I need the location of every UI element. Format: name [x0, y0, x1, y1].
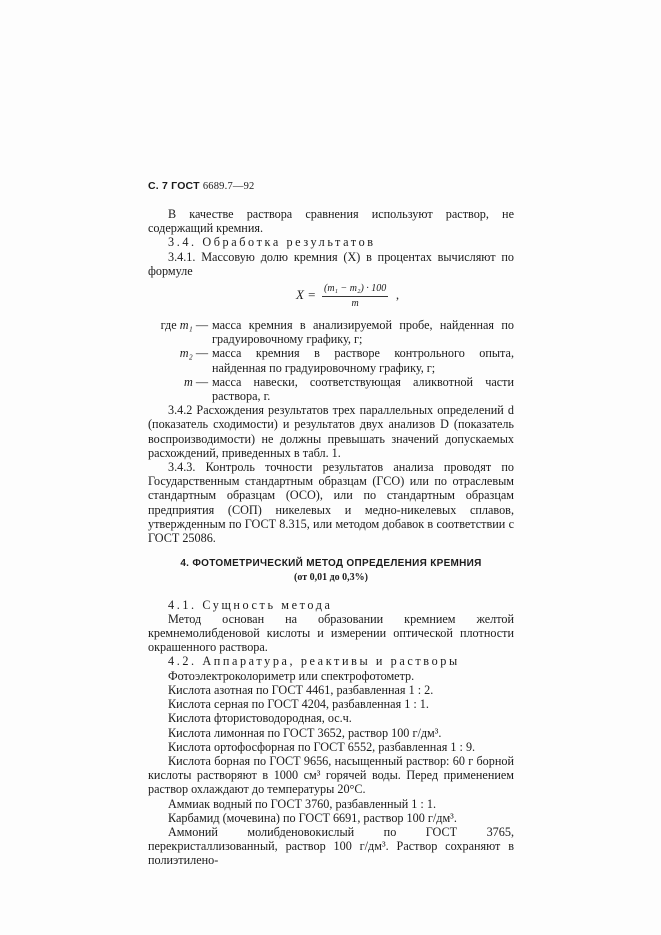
definition-symbol: m₂ [180, 346, 193, 360]
paragraph-3-4-3: 3.4.3. Контроль точности результатов ана… [148, 460, 514, 545]
definition-dash: — [196, 375, 208, 389]
definition-item: m₂ — масса кремния в растворе контрольно… [148, 346, 514, 374]
reagent-item: Кислота ортофосфорная по ГОСТ 6552, разб… [148, 740, 514, 754]
definition-symbol: m₁ [180, 318, 193, 332]
paragraph-3-4-2: 3.4.2 Расхождения результатов трех парал… [148, 403, 514, 460]
definition-text: масса навески, соответствующая аликвотно… [212, 375, 514, 403]
definition-dash: — [196, 318, 208, 332]
page-label: С. 7 ГОСТ [148, 180, 200, 192]
definition-dash: — [196, 346, 208, 360]
reagent-item: Кислота лимонная по ГОСТ 3652, раствор 1… [148, 726, 514, 740]
page-header: С. 7 ГОСТ 6689.7—92 [148, 180, 255, 192]
section-4-1-text: Метод основан на образовании кремнием же… [148, 612, 514, 655]
doc-number: 6689.7—92 [203, 181, 255, 192]
formula-lhs: X = [296, 288, 316, 302]
reagent-item: Кислота серная по ГОСТ 4204, разбавленна… [148, 697, 514, 711]
section-4-1-title: 4.1. Сущность метода [148, 598, 514, 612]
section-4-2-title: 4.2. Аппаратура, реактивы и растворы [148, 654, 514, 668]
reagent-item: Аммоний молибденовокислый по ГОСТ 3765, … [148, 825, 514, 868]
definition-symbol: m [184, 375, 193, 389]
definition-item: где m₁ — масса кремния в анализируемой п… [148, 318, 514, 346]
definition-text: масса кремния в анализируемой пробе, най… [212, 318, 514, 346]
definition-item: m — масса навески, соответствующая аликв… [148, 375, 514, 403]
formula-fraction: (m₁ − m₂) · 100 m [322, 282, 388, 311]
section-4-title: 4. ФОТОМЕТРИЧЕСКИЙ МЕТОД ОПРЕДЕЛЕНИЯ КРЕ… [148, 557, 514, 571]
section-4-subtitle: (от 0,01 до 0,3%) [148, 571, 514, 585]
paragraph-3-4-1: 3.4.1. Массовую долю кремния (X) в проце… [148, 250, 514, 278]
reagent-item: Аммиак водный по ГОСТ 3760, разбавленный… [148, 797, 514, 811]
comparison-solution-paragraph: В качестве раствора сравнения используют… [148, 207, 514, 235]
formula-trailing: , [396, 288, 399, 302]
reagent-item: Кислота борная по ГОСТ 9656, насыщенный … [148, 754, 514, 797]
formula-definitions: где m₁ — масса кремния в анализируемой п… [148, 318, 514, 403]
page-body: В качестве раствора сравнения используют… [148, 207, 514, 868]
formula-numerator: (m₁ − m₂) · 100 [322, 282, 388, 297]
formula-denominator: m [322, 297, 388, 311]
reagent-item: Карбамид (мочевина) по ГОСТ 6691, раство… [148, 811, 514, 825]
section-3-4-title: 3.4. Обработка результатов [148, 235, 514, 249]
reagent-item: Кислота фтористоводородная, ос.ч. [148, 711, 514, 725]
definition-text: масса кремния в растворе контрольного оп… [212, 346, 514, 374]
reagent-item: Кислота азотная по ГОСТ 4461, разбавленн… [148, 683, 514, 697]
reagent-item: Фотоэлектроколориметр или спектрофотомет… [148, 669, 514, 683]
definition-prefix: где [161, 318, 177, 332]
mass-fraction-formula: X = (m₁ − m₂) · 100 m , [178, 282, 514, 310]
